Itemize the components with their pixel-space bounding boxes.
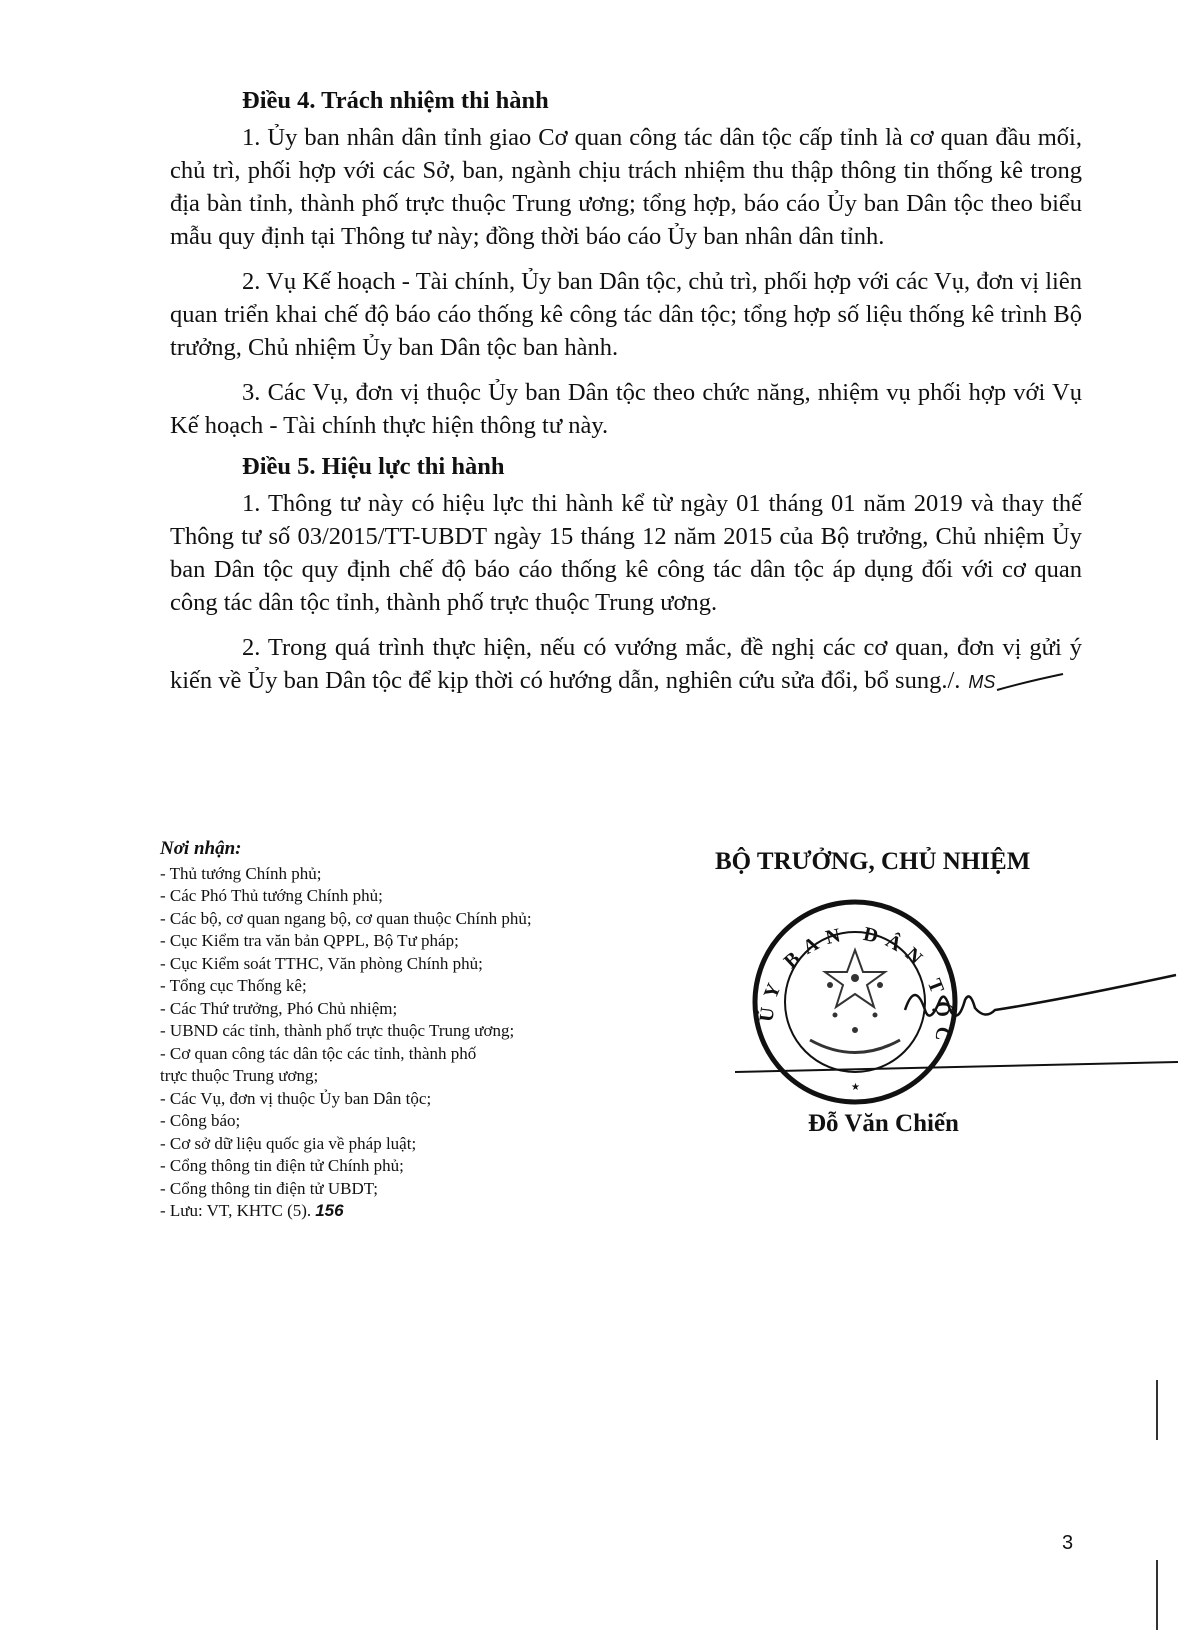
article-5-clause-2-text: 2. Trong quá trình thực hiện, nếu có vướ… — [170, 634, 1082, 694]
article-5-clause-1: 1. Thông tư này có hiệu lực thi hành kể … — [170, 487, 1082, 619]
scan-edge-line — [1156, 1560, 1158, 1630]
recipient-item: - Cục Kiểm tra văn bản QPPL, Bộ Tư pháp; — [160, 930, 660, 953]
recipient-item: - Tổng cục Thống kê; — [160, 975, 660, 998]
archive-number: 156 — [315, 1201, 343, 1220]
handwritten-signature-icon — [900, 970, 1178, 1040]
recipient-item: - Các Vụ, đơn vị thuộc Ủy ban Dân tộc; — [160, 1088, 660, 1111]
recipients-title: Nơi nhận: — [160, 838, 660, 861]
recipient-item: - Các Thứ trưởng, Phó Chủ nhiệm; — [160, 998, 660, 1021]
signer-name: Đỗ Văn Chiến — [808, 1110, 959, 1138]
document-page: Điều 4. Trách nhiệm thi hành 1. Ủy ban n… — [0, 0, 1178, 1637]
recipient-item: - Thủ tướng Chính phủ; — [160, 863, 660, 886]
recipient-item: - Cơ sở dữ liệu quốc gia về pháp luật; — [160, 1133, 660, 1156]
recipient-item: - Các bộ, cơ quan ngang bộ, cơ quan thuộ… — [160, 908, 660, 931]
recipients-list: Nơi nhận: - Thủ tướng Chính phủ; - Các P… — [160, 838, 660, 1223]
recipient-archive-text: - Lưu: VT, KHTC (5). — [160, 1201, 311, 1220]
scan-edge-line — [1156, 1380, 1158, 1440]
recipient-item: - UBND các tỉnh, thành phố trực thuộc Tr… — [160, 1020, 660, 1043]
article-5-heading: Điều 5. Hiệu lực thi hành — [242, 450, 1082, 483]
recipient-item: trực thuộc Trung ương; — [160, 1065, 660, 1088]
signer-position: BỘ TRƯỞNG, CHỦ NHIỆM — [715, 848, 1030, 876]
document-body: Điều 4. Trách nhiệm thi hành 1. Ủy ban n… — [170, 84, 1082, 711]
article-4-clause-2: 2. Vụ Kế hoạch - Tài chính, Ủy ban Dân t… — [170, 265, 1082, 364]
recipient-item: - Cổng thông tin điện tử Chính phủ; — [160, 1155, 660, 1178]
article-4-heading: Điều 4. Trách nhiệm thi hành — [242, 84, 1082, 117]
recipient-item: - Cục Kiểm soát TTHC, Văn phòng Chính ph… — [160, 953, 660, 976]
handwritten-initials: MS — [968, 672, 995, 692]
article-5-clause-2: 2. Trong quá trình thực hiện, nếu có vướ… — [170, 631, 1082, 699]
page-number: 3 — [1062, 1532, 1073, 1555]
article-4-clause-3: 3. Các Vụ, đơn vị thuộc Ủy ban Dân tộc t… — [170, 376, 1082, 442]
signature-underline — [735, 1060, 1178, 1074]
article-4-clause-1: 1. Ủy ban nhân dân tỉnh giao Cơ quan côn… — [170, 121, 1082, 253]
svg-text:★: ★ — [851, 1082, 860, 1093]
recipient-item: - Cổng thông tin điện tử UBDT; — [160, 1178, 660, 1201]
recipient-item: - Cơ quan công tác dân tộc các tỉnh, thà… — [160, 1043, 660, 1066]
recipient-item: - Công báo; — [160, 1110, 660, 1133]
recipient-item: - Các Phó Thủ tướng Chính phủ; — [160, 885, 660, 908]
handwritten-stroke-icon — [995, 672, 1065, 692]
recipient-item: - Lưu: VT, KHTC (5).156 — [160, 1200, 660, 1223]
